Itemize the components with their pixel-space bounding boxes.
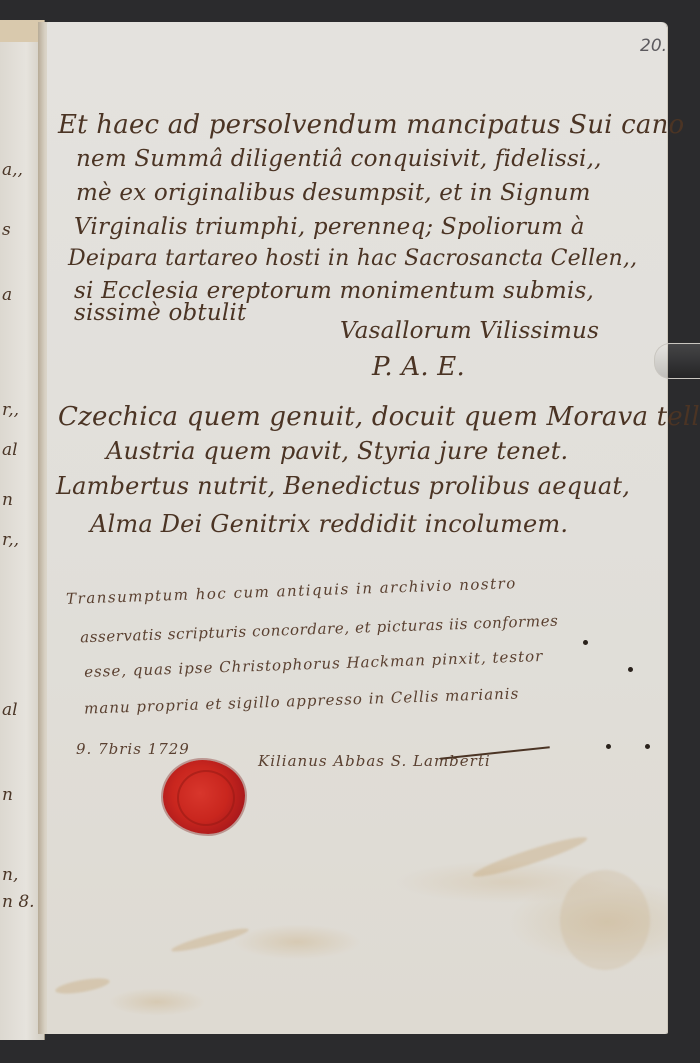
verse-line: Austria quem pavit, Styria jure tenet.: [106, 437, 568, 465]
page-clip: [654, 343, 700, 379]
dedication-initials: P. A. E.: [372, 352, 465, 382]
ink-dot: [606, 744, 611, 749]
ink-dot: [583, 640, 588, 645]
verse-line: Lambertus nutrit, Benedictus prolibus ae…: [56, 472, 630, 500]
seal-impression: [177, 770, 235, 826]
verse-line: Czechica quem genuit, docuit quem Morava…: [58, 402, 700, 432]
left-fragment: a,,: [2, 160, 23, 180]
left-fragment: s: [2, 220, 11, 240]
wax-seal: [163, 760, 245, 834]
dedication-line: sissimè obtulit: [74, 300, 246, 326]
left-fragment: al: [2, 440, 18, 460]
ink-dot: [628, 667, 633, 672]
left-fragment: r,,: [2, 530, 19, 550]
left-fragment: n,: [2, 865, 18, 885]
left-fragment: al: [2, 700, 18, 720]
attestation-date: 9. 7bris 1729: [76, 740, 190, 758]
attestation-signature: Kilianus Abbas S. Lamberti: [258, 752, 491, 770]
left-fragment: a: [2, 285, 12, 305]
dedication-line: nem Summâ diligentiâ conquisivit, fideli…: [76, 146, 602, 172]
dedication-signature: Vasallorum Vilissimus: [340, 318, 599, 344]
verse-line: Alma Dei Genitrix reddidit incolumem.: [90, 510, 568, 538]
dedication-line: mè ex originalibus desumpsit, et in Sign…: [76, 180, 591, 206]
left-fragment: r,,: [2, 400, 19, 420]
left-fragment: n: [2, 490, 13, 510]
dedication-line: Virginalis triumphi, perenneq; Spoliorum…: [74, 214, 585, 240]
left-fragment: n 8.: [2, 892, 35, 912]
dedication-line: Deipara tartareo hosti in hac Sacrosanct…: [68, 246, 637, 271]
ink-dot: [645, 744, 650, 749]
water-stain: [560, 870, 650, 970]
left-fragment: n: [2, 785, 13, 805]
dedication-line: Et haec ad persolvendum mancipatus Sui c…: [58, 110, 684, 140]
folio-number: 20.: [640, 36, 667, 56]
